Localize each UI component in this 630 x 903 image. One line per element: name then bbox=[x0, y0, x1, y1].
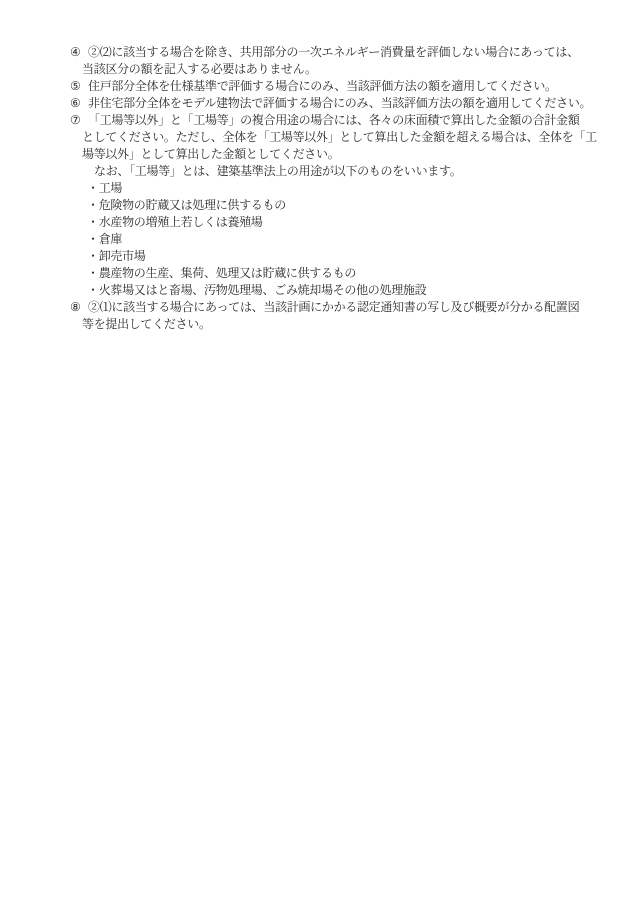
item-number: ④ bbox=[70, 44, 88, 61]
note-item-7-subnote: なお、「工場等」とは、建築基準法上の用途が以下のものをいいます。 bbox=[0, 163, 630, 180]
note-line: 当該区分の額を記入する必要はありません。 bbox=[82, 62, 317, 76]
bullet-item-7: ・火葬場又はと畜場、汚物処理場、ごみ焼却場その他の処理施設 bbox=[0, 282, 630, 299]
note-line: としてください。ただし、全体を「工場等以外」として算出した金額を超える場合は、全… bbox=[82, 130, 597, 144]
bullet-line: ・卸売市場 bbox=[87, 249, 146, 263]
note-line: 場等以外」として算出した金額としてください。 bbox=[82, 147, 339, 161]
bullet-item-4: ・倉庫 bbox=[0, 231, 630, 248]
note-item-8-line-2: 等を提出してください。 bbox=[0, 316, 630, 333]
note-item-4-line-1: ④②⑵に該当する場合を除き、共用部分の一次エネルギー消費量を評価しない場合にあっ… bbox=[0, 44, 630, 61]
bullet-line: ・火葬場又はと畜場、汚物処理場、ごみ焼却場その他の処理施設 bbox=[87, 283, 426, 297]
item-number: ⑤ bbox=[70, 78, 88, 95]
note-item-6-line-1: ⑥非住宅部分全体をモデル建物法で評価する場合にのみ、当該評価方法の額を適用してく… bbox=[0, 95, 630, 112]
note-line: 非住宅部分全体をモデル建物法で評価する場合にのみ、当該評価方法の額を適用してくだ… bbox=[88, 96, 591, 110]
note-line: ②⑴に該当する場合にあっては、当該計画にかかる認定通知書の写し及び概要が分かる配… bbox=[88, 300, 579, 314]
bullet-item-1: ・工場 bbox=[0, 180, 630, 197]
note-item-7-line-3: 場等以外」として算出した金額としてください。 bbox=[0, 146, 630, 163]
bullet-item-6: ・農産物の生産、集荷、処理又は貯蔵に供するもの bbox=[0, 265, 630, 282]
bullet-item-2: ・危険物の貯蔵又は処理に供するもの bbox=[0, 197, 630, 214]
item-number: ⑦ bbox=[70, 112, 88, 129]
note-item-7-line-2: としてください。ただし、全体を「工場等以外」として算出した金額を超える場合は、全… bbox=[0, 129, 630, 146]
note-line: 「工場等以外」と「工場等」の複合用途の場合には、各々の床面積で算出した金額の合計… bbox=[88, 113, 579, 127]
note-line: ②⑵に該当する場合を除き、共用部分の一次エネルギー消費量を評価しない場合にあって… bbox=[88, 45, 579, 59]
notes-list: ④②⑵に該当する場合を除き、共用部分の一次エネルギー消費量を評価しない場合にあっ… bbox=[0, 0, 630, 333]
bullet-line: ・水産物の増殖上若しくは養殖場 bbox=[87, 215, 263, 229]
bullet-line: ・工場 bbox=[87, 181, 122, 195]
bullet-line: ・危険物の貯蔵又は処理に供するもの bbox=[87, 198, 286, 212]
note-item-7-line-1: ⑦「工場等以外」と「工場等」の複合用途の場合には、各々の床面積で算出した金額の合… bbox=[0, 112, 630, 129]
bullet-line: ・農産物の生産、集荷、処理又は貯蔵に供するもの bbox=[87, 266, 356, 280]
note-item-8-line-1: ⑧②⑴に該当する場合にあっては、当該計画にかかる認定通知書の写し及び概要が分かる… bbox=[0, 299, 630, 316]
document-page: ④②⑵に該当する場合を除き、共用部分の一次エネルギー消費量を評価しない場合にあっ… bbox=[0, 0, 630, 903]
bullet-item-5: ・卸売市場 bbox=[0, 248, 630, 265]
bullet-item-3: ・水産物の増殖上若しくは養殖場 bbox=[0, 214, 630, 231]
note-item-4-line-2: 当該区分の額を記入する必要はありません。 bbox=[0, 61, 630, 78]
note-line: 等を提出してください。 bbox=[82, 317, 211, 331]
note-item-5-line-1: ⑤住戸部分全体を仕様基準で評価する場合にのみ、当該評価方法の額を適用してください… bbox=[0, 78, 630, 95]
note-line: 住戸部分全体を仕様基準で評価する場合にのみ、当該評価方法の額を適用してください。 bbox=[88, 79, 557, 93]
bullet-line: ・倉庫 bbox=[87, 232, 122, 246]
sub-note-line: なお、「工場等」とは、建築基準法上の用途が以下のものをいいます。 bbox=[94, 164, 461, 178]
item-number: ⑥ bbox=[70, 95, 88, 112]
item-number: ⑧ bbox=[70, 299, 88, 316]
